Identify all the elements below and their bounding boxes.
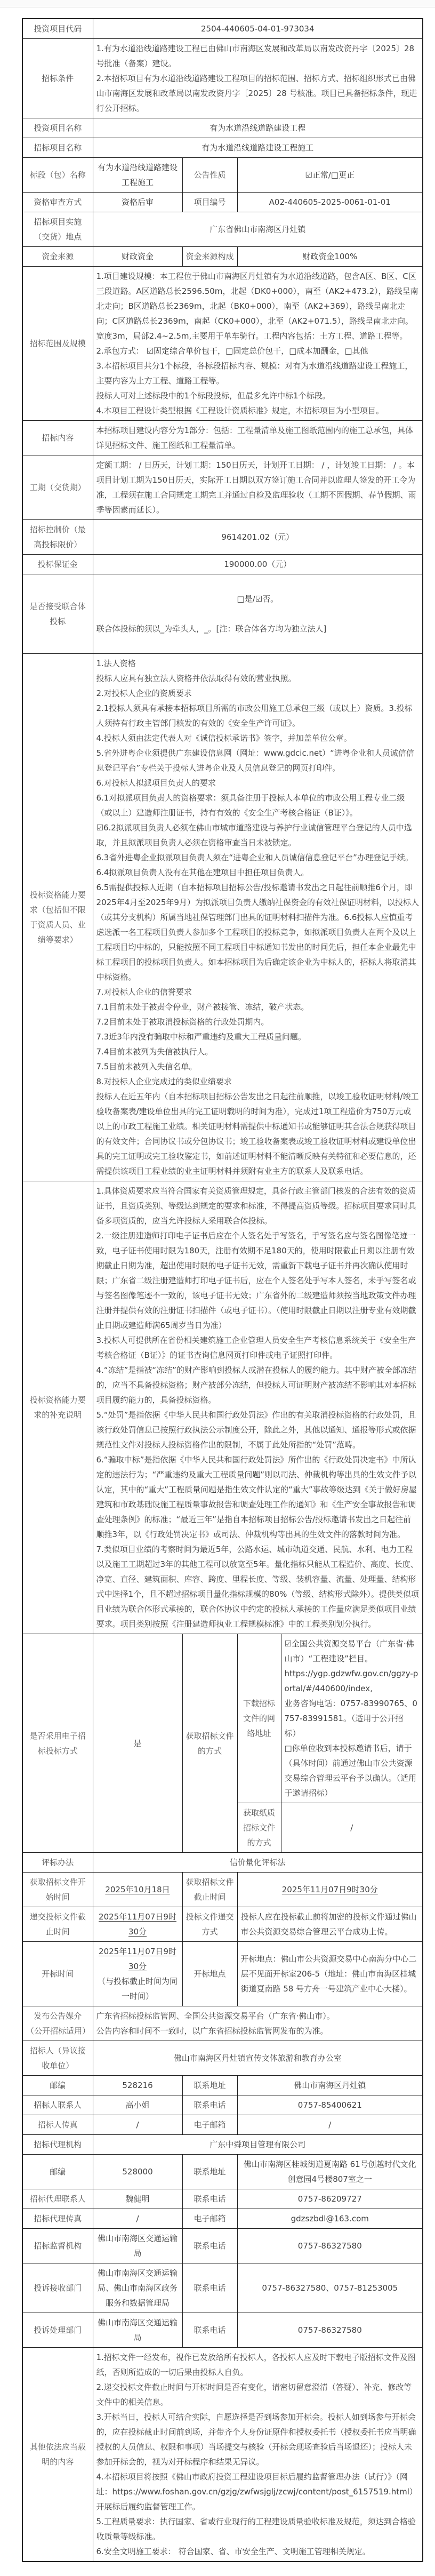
label-tender-project-name: 招标项目名称 [22,138,93,158]
value-agency-email: gdzszbdl@163.com [237,2209,423,2229]
label-tenderer: 招标人（异议接收单位） [22,2041,93,2076]
label-tenderer-contact: 招标人联系人 [22,2095,93,2115]
row-tender-conditions: 招标条件 1.有为水道沿线道路建设工程已由佛山市南海区发展和改革局以南发改资丹字… [22,39,423,118]
label-agency-phone: 联系电话 [182,2189,237,2209]
value-announcement-nature: ☑正常/□更正 [237,158,423,193]
label-control-price: 招标控制价（最高投标限价） [22,520,93,555]
label-complaint-receiving-phone: 联系电话 [182,2263,237,2313]
row-funding: 资金来源 财政资金 资金来源构成 财政资金100% [22,247,423,267]
row-bid-opening: 开标时间 2025年11月07日9时30分 （与投标截止时间为同一时间） 开标地… [22,1942,423,2006]
row-control-price: 招标控制价（最高投标限价） 9614201.02（元） [22,520,423,555]
row-scope: 招标范围及规模 1.项目建设规模：本工程位于佛山市南海区丹灶镇有为水道沿线道路，… [22,267,423,421]
label-agency-email: 电子邮箱 [182,2209,237,2229]
label-announcement-nature: 公告性质 [182,158,237,193]
label-location: 招标项目实施（交货）地点 [22,212,93,247]
row-bid-bond: 投标保证金 190000.00（元） [22,555,423,574]
value-location: 广东省佛山市南海区丹灶镇 [93,212,423,247]
row-supervision: 招标监督机构 佛山市南海区交通运输局 联系电话 0757-86327580 [22,2229,423,2263]
value-qualification-requirements: 1.法人资格 投标人应具有独立法人资格并依法取得有效的营业执照。 2.对投标人企… [93,654,423,1181]
label-download-url: 下载招标文件的网络地址 [237,1634,281,1803]
label-complaint-receiving: 投诉接收部门 [22,2263,93,2313]
value-funding-composition: 财政资金100% [237,247,423,267]
label-doc-obtain-start: 获取招标文件开始时间 [22,1873,93,1907]
value-bid-submission-deadline: 2025年11月07日9时30分 [93,1907,182,1942]
value-electronic-bidding: 是 [93,1634,182,1853]
row-invest-project-name: 投资项目名称 有为水道沿线道路建设工程 [22,118,423,138]
row-qualification-supplement: 投标资格能力要求的补充说明 1.具体资质要求应当符合国家有关资质管理规定，具备行… [22,1181,423,1634]
consortium-note: 联合体投标的须以_为牵头人，_。[注：联合体各方均为独立法人] [96,621,420,636]
row-duration: 工期（交货期） 定额工期： / 日历天，计划工期：150日历天，计划开工日期： … [22,455,423,520]
value-tenderer-email: / [237,2115,423,2135]
value-duration: 定额工期： / 日历天，计划工期：150日历天，计划开工日期： / ，计划竣工日… [93,455,423,520]
value-supervision: 佛山市南海区交通运输局 [93,2229,182,2263]
label-duration: 工期（交货期） [22,455,93,520]
value-agency-contact: 魏健明 [93,2189,182,2209]
label-qualification-supplement: 投标资格能力要求的补充说明 [22,1181,93,1634]
label-qualification-review: 资格审查方式 [22,193,93,212]
bid-opening-datetime: 2025年11月07日9时30分 [99,1947,176,1971]
label-electronic-bidding: 是否采用电子招标投标方式 [22,1634,93,1853]
label-complaint-handling-phone: 联系电话 [182,2313,237,2348]
row-doc-obtain-time: 获取招标文件开始时间 2025年10月18日 获取招标文件截止时间 2025年1… [22,1873,423,1907]
row-electronic-bidding: 是否采用电子招标投标方式 是 获取招标文件的方式 下载招标文件的网络地址 ☑全国… [22,1634,423,1803]
label-supervision-phone: 联系电话 [182,2229,237,2263]
label-bid-bond: 投标保证金 [22,555,93,574]
value-complaint-receiving-phone: 0757-86327580、0757-81253005 [237,2263,423,2313]
value-project-number: A02-440605-2025-0061-01-01 [237,193,423,212]
label-agency-contact: 招标代理联系人 [22,2189,93,2209]
value-bid-submission-method: 投标人应在投标截止前将加密的投标文件通过佛山市公共资源交易综合管理云平台成功上传… [237,1907,423,1942]
label-bid-opening-time: 开标时间 [22,1942,93,2006]
label-project-number: 项目编号 [182,193,237,212]
value-bid-bond: 190000.00（元） [93,555,423,574]
consortium-yes-no: □是/☑否。 [96,591,420,606]
label-agency-address: 联系地址 [182,2155,237,2189]
row-consortium: 是否接受联合体投标 □是/☑否。 联合体投标的须以_为牵头人，_。[注：联合体各… [22,574,423,654]
label-announcement-media: 发布公告媒介（公开招标适用） [22,2006,93,2041]
tender-announcement-table: 投资项目代码 2504-440605-04-01-973034 招标条件 1.有… [22,18,423,2562]
row-content: 招标内容 本招标项目建设内容分为1部分：包括：工程量清单及施工图纸范围内的施工总… [22,421,423,455]
value-bid-opening-place: 开标地点：佛山市公共资源交易中心南海分中心二层不见面开标室206-5（地址：佛山… [237,1942,423,2006]
value-control-price: 9614201.02（元） [93,520,423,555]
label-consortium: 是否接受联合体投标 [22,574,93,654]
label-tenderer-phone: 联系电话 [182,2095,237,2115]
value-tender-conditions: 1.有为水道沿线道路建设工程已由佛山市南海区发展和改革局以南发改资丹字〔2025… [93,39,423,118]
label-agency: 招标代理机构 [22,2135,93,2155]
label-bid-opening-place: 开标地点 [182,1942,237,2006]
value-complaint-receiving: 佛山市南海区交通运输局、佛山市南海区政务服务和数据管理局 [93,2263,182,2313]
row-location: 招标项目实施（交货）地点 广东省佛山市南海区丹灶镇 [22,212,423,247]
value-section-name: 有为水道沿线道路建设工程施工 [93,158,182,193]
row-agency-contact: 招标代理联系人 魏健明 联系电话 0757-86209727 [22,2189,423,2209]
row-qualification-review: 资格审查方式 资格后审 项目编号 A02-440605-2025-0061-01… [22,193,423,212]
row-project-code: 投资项目代码 2504-440605-04-01-973034 [22,19,423,39]
label-section-name: 标段（包）名称 [22,158,93,193]
row-evaluation-method: 评标办法 信价量化评标法 [22,1853,423,1873]
label-scope: 招标范围及规模 [22,267,93,421]
value-complaint-handling: 佛山市南海区交通运输局 [93,2313,182,2348]
value-invest-project-name: 有为水道沿线道路建设工程 [93,118,423,138]
label-doc-obtain-method: 获取招标文件的方式 [182,1634,237,1853]
row-tender-project-name: 招标项目名称 有为水道沿线道路建设工程施工 [22,138,423,158]
label-paper-document: 获取纸质招标文件的方式 [237,1803,281,1853]
value-tenderer: 佛山市南海区丹灶镇宣传文体旅游和教育办公室 [93,2041,423,2076]
value-agency-address: 佛山市南海区桂城街道夏南路 61号创越时代文化创意园4号楼807室之一 [237,2155,423,2189]
label-other-contents: 其他依法应当载明的内容 [22,2348,93,2562]
label-funding-composition: 资金来源构成 [182,247,237,267]
row-tenderer-contact: 招标人联系人 高小姐 联系电话 0757-85400621 [22,2095,423,2115]
row-agency-fax: 招标代理传真 / 电子邮箱 gdzszbdl@163.com [22,2209,423,2229]
row-complaint-handling: 投诉处理部门 佛山市南海区交通运输局 联系电话 0757-86327580 [22,2313,423,2348]
label-bid-submission-method: 投标文件递交方式 [182,1907,237,1942]
label-bid-submission-deadline: 递交投标文件截止时间 [22,1907,93,1942]
label-agency-postcode: 邮编 [22,2155,93,2189]
value-tenderer-contact: 高小姐 [93,2095,182,2115]
value-project-code: 2504-440605-04-01-973034 [93,19,423,39]
value-tender-project-name: 有为水道沿线道路建设工程施工 [93,138,423,158]
value-tender-content: 本招标项目建设内容分为1部分：包括：工程量清单及施工图纸范围内的施工总承包，具体… [93,421,423,455]
row-tenderer-fax: 招标人传真 / 电子邮箱 / [22,2115,423,2135]
label-funding-source: 资金来源 [22,247,93,267]
label-tenderer-postcode: 邮编 [22,2076,93,2095]
label-complaint-handling: 投诉处理部门 [22,2313,93,2348]
row-bid-submission: 递交投标文件截止时间 2025年11月07日9时30分 投标文件递交方式 投标人… [22,1907,423,1942]
value-qualification-review: 资格后审 [93,193,182,212]
row-section-name: 标段（包）名称 有为水道沿线道路建设工程施工 公告性质 ☑正常/□更正 [22,158,423,193]
row-complaint-receiving: 投诉接收部门 佛山市南海区交通运输局、佛山市南海区政务服务和数据管理局 联系电话… [22,2263,423,2313]
value-paper-document: / [281,1803,423,1853]
value-tenderer-address: 佛山市南海区丹灶镇 [237,2076,423,2095]
row-agency-postcode: 邮编 528000 联系地址 佛山市南海区桂城街道夏南路 61号创越时代文化创意… [22,2155,423,2189]
value-bid-opening-time: 2025年11月07日9时30分 （与投标截止时间为同一时间） [93,1942,182,2006]
row-qualification-requirements: 投标资格能力要求（包括但不限于资质人员、业绩等要求） 1.法人资格 投标人应具有… [22,654,423,1181]
page-top-band [0,0,435,7]
value-supervision-phone: 0757-86327580 [237,2229,423,2263]
label-project-code: 投资项目代码 [22,19,93,39]
label-evaluation-method: 评标办法 [22,1853,93,1873]
label-tenderer-address: 联系地址 [182,2076,237,2095]
value-announcement-media: 广东省招标投标监管网、全国公共资源交易平台（广东省·佛山市）。 公告内容和时间不… [93,2006,423,2041]
row-tenderer-postcode: 邮编 528216 联系地址 佛山市南海区丹灶镇 [22,2076,423,2095]
value-evaluation-method: 信价量化评标法 [93,1853,423,1873]
row-agency: 招标代理机构 广东中舜项目管理有限公司 [22,2135,423,2155]
row-announcement-media: 发布公告媒介（公开招标适用） 广东省招标投标监管网、全国公共资源交易平台（广东省… [22,2006,423,2041]
value-tenderer-fax: / [93,2115,182,2135]
value-complaint-handling-phone: 0757-86327580 [237,2313,423,2348]
row-tenderer: 招标人（异议接收单位） 佛山市南海区丹灶镇宣传文体旅游和教育办公室 [22,2041,423,2076]
value-agency: 广东中舜项目管理有限公司 [93,2135,423,2155]
label-agency-fax: 招标代理传真 [22,2209,93,2229]
label-tender-conditions: 招标条件 [22,39,93,118]
value-consortium: □是/☑否。 联合体投标的须以_为牵头人，_。[注：联合体各方均为独立法人] [93,574,423,654]
value-agency-postcode: 528000 [93,2155,182,2189]
value-doc-obtain-deadline: 2025年11月07日9时30分 [237,1873,423,1907]
value-scope: 1.项目建设规模：本工程位于佛山市南海区丹灶镇有为水道沿线道路，包含A区、B区、… [93,267,423,421]
value-funding-source: 财政资金 [93,247,182,267]
value-qualification-supplement: 1.具体资质要求应当符合国家有关资质管理规定，具备行政主管部门核发的合法有效的资… [93,1181,423,1634]
value-agency-phone: 0757-86209727 [237,2189,423,2209]
row-other-contents: 其他依法应当载明的内容 1.招标文件一经发布，视作已发放给所有投标人，各投标人应… [22,2348,423,2562]
label-invest-project-name: 投资项目名称 [22,118,93,138]
label-doc-obtain-deadline: 获取招标文件截止时间 [182,1873,237,1907]
value-tenderer-postcode: 528216 [93,2076,182,2095]
value-download-url: ☑全国公共资源交易平台（广东省·佛山市）“工程建设”栏目。 https://yg… [281,1634,423,1803]
label-tender-content: 招标内容 [22,421,93,455]
label-qualification-requirements: 投标资格能力要求（包括但不限于资质人员、业绩等要求） [22,654,93,1181]
value-other-contents: 1.招标文件一经发布，视作已发放给所有投标人，各投标人应及时下载电子版招标文件及… [93,2348,423,2562]
label-supervision: 招标监督机构 [22,2229,93,2263]
label-tenderer-fax: 招标人传真 [22,2115,93,2135]
value-agency-fax: / [93,2209,182,2229]
bid-opening-note: （与投标截止时间为同一时间） [96,1974,179,2004]
value-doc-obtain-start: 2025年10月18日 [93,1873,182,1907]
value-tenderer-phone: 0757-85400621 [237,2095,423,2115]
label-tenderer-email: 电子邮箱 [182,2115,237,2135]
